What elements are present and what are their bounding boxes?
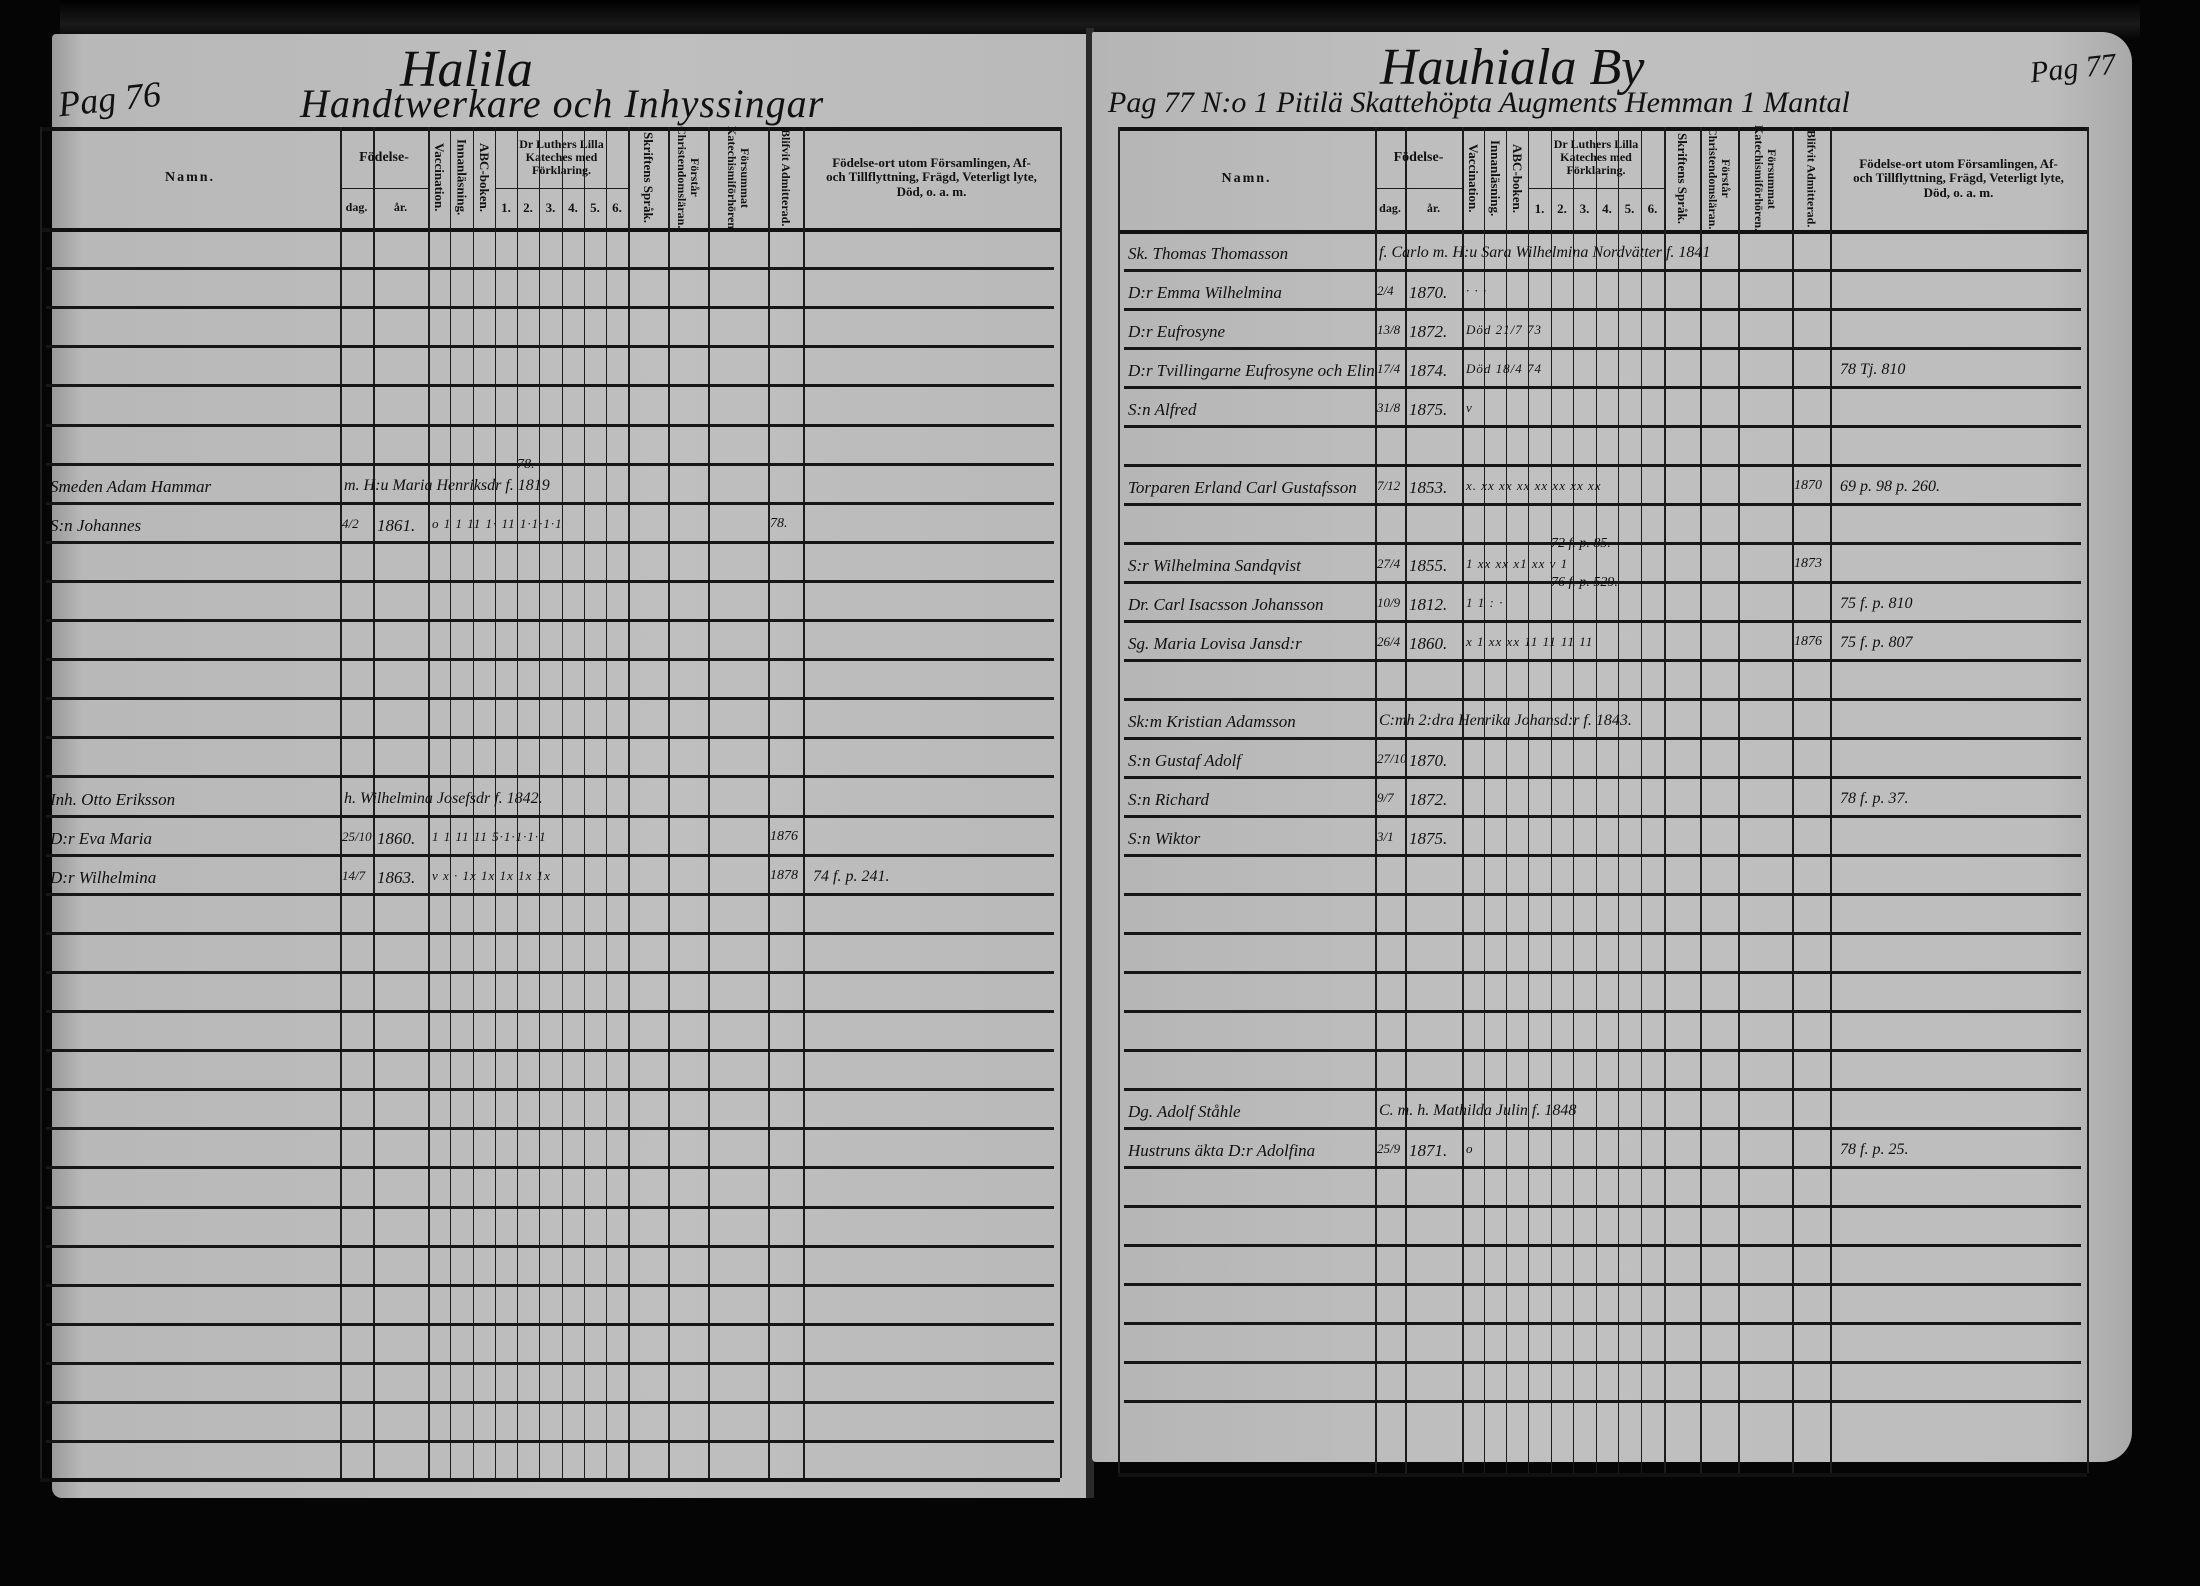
left_page-column-rule xyxy=(768,127,770,1478)
right_page-row-rule xyxy=(1124,815,2081,818)
left_page-row-rule xyxy=(46,1049,1054,1052)
right_page-row-rule xyxy=(1124,386,2081,389)
entry-birth-day: 25/9 xyxy=(1377,1142,1400,1155)
entry-catechism-marks: x. xx xx xx xx xx xx xx xyxy=(1466,479,1602,492)
entry-birth-year: 1863. xyxy=(377,869,415,886)
entry-name: S:n Gustaf Adolf xyxy=(1128,752,1241,769)
right_page-row-rule xyxy=(1124,776,2081,779)
left_page-header-name: Namn. xyxy=(40,127,340,228)
entry-catechism-marks: 1 xx xx x1 xx v 1 xyxy=(1466,557,1568,570)
entry-birth-year: 1872. xyxy=(1409,323,1447,340)
left_page-row-rule xyxy=(46,1284,1054,1287)
right_page-column-rule xyxy=(1641,127,1642,1473)
entry-name: S:r Wilhelmina Sandqvist xyxy=(1128,557,1301,574)
left_page-column-rule xyxy=(708,127,710,1478)
entry-admitted-year: 1878 xyxy=(770,869,798,883)
right_page-row-rule xyxy=(1124,1166,2081,1169)
left_page-row-rule xyxy=(46,697,1054,700)
entry-birth-day: 13/8 xyxy=(1377,323,1400,336)
left_page-header-catechism-col: 1. xyxy=(495,188,517,228)
right_page-header-catechism-col: 4. xyxy=(1596,188,1618,230)
right_page-header-catechism-col: 6. xyxy=(1641,188,1664,230)
entry-name: S:n Alfred xyxy=(1128,401,1196,418)
left_page-header-catechism-col: 4. xyxy=(562,188,584,228)
right_page-row-rule xyxy=(1124,1088,2081,1091)
entry-birth-year: 1872. xyxy=(1409,791,1447,808)
right_page-header-birth-day: dag. xyxy=(1375,188,1405,230)
left_page-row-rule xyxy=(46,580,1054,583)
entry-extra-note: 78. xyxy=(517,458,535,472)
right_page-row-rule xyxy=(1124,425,2081,428)
entry-household-note: f. Carlo m. H:u Sara Wilhelmina Nordvätt… xyxy=(1379,245,1710,261)
left_page-row-rule xyxy=(46,854,1054,857)
right_page-row-rule xyxy=(1124,308,2081,311)
right_page-table-bottom-rule xyxy=(1118,1473,2087,1477)
entry-birth-year: 1870. xyxy=(1409,752,1447,769)
entry-catechism-marks: Död 18/4 74 xyxy=(1466,362,1542,375)
right_page-column-rule xyxy=(1118,127,1120,1473)
entry-name: Dg. Adolf Ståhle xyxy=(1128,1103,1241,1120)
right_page-column-rule xyxy=(1551,127,1552,1473)
right_page-row-rule xyxy=(1124,1127,2081,1130)
entry-name: Sk. Thomas Thomasson xyxy=(1128,245,1288,262)
entry-catechism-marks: · · · xyxy=(1466,284,1487,297)
right_page-column-rule xyxy=(1618,127,1619,1473)
left_page-row-rule xyxy=(46,384,1054,387)
left_page-row-rule xyxy=(46,267,1054,270)
right_page-column-rule xyxy=(1700,127,1702,1473)
entry-name: Sk:m Kristian Adamsson xyxy=(1128,713,1296,730)
left_page-row-rule xyxy=(46,502,1054,505)
left_page-column-rule xyxy=(1060,127,1062,1478)
entry-remarks: 69 p. 98 p. 260. xyxy=(1840,479,1940,495)
left_page-header-catechism-col: 2. xyxy=(517,188,539,228)
left_page-row-rule xyxy=(46,306,1054,309)
entry-birth-year: 1871. xyxy=(1409,1142,1447,1159)
left_page-row-rule xyxy=(46,1323,1054,1326)
right_page-header-abc: ABC-boken. xyxy=(1506,127,1528,230)
left_page-row-rule xyxy=(46,815,1054,818)
entry-household-note: m. H:u Maria Henriksdr f. 1819 xyxy=(344,478,550,494)
right_page-column-rule xyxy=(1573,127,1574,1473)
entry-extra-note: 72 f. p. 85. xyxy=(1551,537,1611,551)
left_page-header-birth-year: år. xyxy=(373,188,428,228)
left_page-header-catechism-col: 6. xyxy=(606,188,628,228)
entry-remarks: 75 f. p. 807 xyxy=(1840,635,1912,651)
entry-birth-year: 1870. xyxy=(1409,284,1447,301)
right_page-row-rule xyxy=(1124,1283,2081,1286)
right_page-header-catechism-col: 3. xyxy=(1573,188,1596,230)
entry-catechism-marks: 1 1 11 11 5·1·1·1·1 xyxy=(432,830,547,843)
left_page-header-birth-day: dag. xyxy=(340,188,373,228)
entry-name: D:r Tvillingarne Eufrosyne och Elin xyxy=(1128,362,1375,379)
left_page-header-notes: Födelse-ort utom Församlingen, Af- och T… xyxy=(803,127,1060,228)
right_page-header-admitted: Blifvit Admitterad. xyxy=(1792,127,1830,230)
entry-name: D:r Wilhelmina xyxy=(50,869,156,886)
entry-admitted-year: 1876 xyxy=(770,830,798,844)
left_page-header-scripture: Skriftens Språk. xyxy=(628,127,668,228)
left-subtitle: Handtwerkare och Inhyssingar xyxy=(300,80,824,127)
right_page-column-rule xyxy=(1792,127,1794,1473)
left_page-row-rule xyxy=(46,971,1054,974)
left_page-row-rule xyxy=(46,932,1054,935)
entry-catechism-marks: v xyxy=(1466,401,1473,414)
left_page-row-rule xyxy=(46,1362,1054,1365)
entry-name: D:r Eva Maria xyxy=(50,830,152,847)
entry-birth-day: 14/7 xyxy=(342,869,365,882)
right_page-row-rule xyxy=(1124,1322,2081,1325)
right_page-header-catechism: Dr Luthers Lilla Kateches med Förklaring… xyxy=(1528,127,1664,188)
entry-remarks: 75 f. p. 810 xyxy=(1840,596,1912,612)
entry-name: S:n Wiktor xyxy=(1128,830,1200,847)
left_page-row-rule xyxy=(46,893,1054,896)
entry-remarks: 78 f. p. 25. xyxy=(1840,1142,1908,1158)
entry-birth-year: 1860. xyxy=(377,830,415,847)
left_page-row-rule xyxy=(46,658,1054,661)
entry-birth-day: 2/4 xyxy=(1377,284,1394,297)
entry-admitted-year: 1870 xyxy=(1794,479,1822,493)
left_page-row-rule xyxy=(46,1088,1054,1091)
right_page-header-notes: Födelse-ort utom Församlingen, Af- och T… xyxy=(1830,127,2087,230)
entry-name: D:r Emma Wilhelmina xyxy=(1128,284,1282,301)
left_page-row-rule xyxy=(46,1010,1054,1013)
right_page-row-rule xyxy=(1124,620,2081,623)
ledger-page-left xyxy=(52,34,1088,1498)
entry-name: Torparen Erland Carl Gustafsson xyxy=(1128,479,1357,496)
entry-admitted-year: 1873 xyxy=(1794,557,1822,571)
entry-birth-year: 1875. xyxy=(1409,830,1447,847)
right_page-header-catechism-col: 2. xyxy=(1551,188,1573,230)
right_page-row-rule xyxy=(1124,1010,2081,1013)
entry-name: Inh. Otto Eriksson xyxy=(50,791,175,808)
right_page-row-rule xyxy=(1124,503,2081,506)
entry-admitted-year: 78. xyxy=(770,517,788,531)
entry-extra-note: 76 f. p. 529. xyxy=(1551,576,1618,590)
right_page-row-rule xyxy=(1124,347,2081,350)
entry-birth-year: 1875. xyxy=(1409,401,1447,418)
entry-birth-day: 4/2 xyxy=(342,517,359,530)
entry-birth-day: 10/9 xyxy=(1377,596,1400,609)
right_page-row-rule xyxy=(1124,1400,2081,1403)
entry-birth-day: 26/4 xyxy=(1377,635,1400,648)
left_page-row-rule xyxy=(46,1206,1054,1209)
right_page-column-rule xyxy=(1405,127,1407,1473)
left_page-row-rule xyxy=(46,424,1054,427)
entry-catechism-marks: Död 21/7 73 xyxy=(1466,323,1542,336)
entry-birth-day: 27/10 xyxy=(1377,752,1407,765)
entry-birth-day: 31/8 xyxy=(1377,401,1400,414)
left_page-column-rule xyxy=(803,127,805,1478)
right_page-column-rule xyxy=(1738,127,1740,1473)
right_page-row-rule xyxy=(1124,1244,2081,1247)
entry-birth-year: 1860. xyxy=(1409,635,1447,652)
right_page-column-rule xyxy=(1664,127,1666,1473)
right_page-row-rule xyxy=(1124,659,2081,662)
right_page-row-rule xyxy=(1124,893,2081,896)
right_page-column-rule xyxy=(1830,127,1832,1473)
entry-birth-year: 1855. xyxy=(1409,557,1447,574)
left_page-row-rule xyxy=(46,1245,1054,1248)
entry-household-note: C. m. h. Mathilda Julin f. 1848 xyxy=(1379,1103,1576,1119)
left_page-header-abc: ABC-boken. xyxy=(473,127,495,228)
left_page-row-rule xyxy=(46,463,1054,466)
left_page-header-bottom-rule xyxy=(40,228,1060,232)
left_page-row-rule xyxy=(46,775,1054,778)
left_page-column-rule xyxy=(584,127,585,1478)
right_page-header-name: Namn. xyxy=(1118,127,1375,230)
entry-name: S:n Johannes xyxy=(50,517,141,534)
entry-name: S:n Richard xyxy=(1128,791,1209,808)
left_page-row-rule xyxy=(46,345,1054,348)
right_page-header-catechism-col: 1. xyxy=(1528,188,1551,230)
left_page-column-rule xyxy=(668,127,670,1478)
left_page-header-reading: Innanläsning. xyxy=(450,127,473,228)
right-subtitle: Pag 77 N:o 1 Pitilä Skattehöpta Augments… xyxy=(1108,86,1850,120)
left_page-header-birth: Födelse- xyxy=(340,127,428,188)
right_page-header-missed: Försummat Katechismiförhören. xyxy=(1738,127,1792,230)
entry-birth-year: 1861. xyxy=(377,517,415,534)
left_page-row-rule xyxy=(46,736,1054,739)
entry-name: Smeden Adam Hammar xyxy=(50,478,211,495)
right_page-row-rule xyxy=(1124,1049,2081,1052)
left_page-row-rule xyxy=(46,1401,1054,1404)
right_page-row-rule xyxy=(1124,971,2081,974)
left_page-header-catechism-col: 5. xyxy=(584,188,606,228)
entry-catechism-marks: 1 1 : · xyxy=(1466,596,1503,609)
left_page-column-rule xyxy=(628,127,630,1478)
left_page-row-rule xyxy=(46,1127,1054,1130)
right_page-row-rule xyxy=(1124,1361,2081,1364)
right_page-row-rule xyxy=(1124,737,2081,740)
entry-name: Dr. Carl Isacsson Johansson xyxy=(1128,596,1324,613)
entry-household-note: h. Wilhelmina Josefsdr f. 1842. xyxy=(344,791,543,807)
right_page-row-rule xyxy=(1124,854,2081,857)
right_page-column-rule xyxy=(2087,127,2089,1473)
entry-birth-day: 25/10 xyxy=(342,830,372,843)
left_page-table-bottom-rule xyxy=(40,1478,1060,1482)
right_page-header-catechism-col: 5. xyxy=(1618,188,1641,230)
left_page-header-catechism-col: 3. xyxy=(539,188,562,228)
entry-remarks: 78 Tj. 810 xyxy=(1840,362,1905,378)
entry-birth-year: 1812. xyxy=(1409,596,1447,613)
right_page-header-scripture: Skriftens Språk. xyxy=(1664,127,1700,230)
entry-remarks: 78 f. p. 37. xyxy=(1840,791,1908,807)
entry-catechism-marks: o 1 1 11 1· 11 1·1·1·1 xyxy=(432,517,563,530)
right_page-column-rule xyxy=(1462,127,1464,1473)
left_page-row-rule xyxy=(46,619,1054,622)
left_page-row-rule xyxy=(46,1440,1054,1443)
right_page-row-rule xyxy=(1124,464,2081,467)
entry-admitted-year: 1876 xyxy=(1794,635,1822,649)
right_page-row-rule xyxy=(1124,269,2081,272)
right_page-header-vaccination: Vaccination. xyxy=(1462,127,1484,230)
right_page-row-rule xyxy=(1124,1205,2081,1208)
right_page-header-birth: Födelse- xyxy=(1375,127,1462,188)
entry-remarks: 74 f. p. 241. xyxy=(813,869,889,885)
left_page-column-rule xyxy=(340,127,342,1478)
entry-birth-day: 3/1 xyxy=(1377,830,1394,843)
left_page-row-rule xyxy=(46,541,1054,544)
entry-birth-day: 27/4 xyxy=(1377,557,1400,570)
left_page-column-rule xyxy=(40,127,42,1478)
left_page-header-vaccination: Vaccination. xyxy=(428,127,450,228)
right_page-column-rule xyxy=(1596,127,1597,1473)
right_page-header-christian: Förstår Christendomsläran. xyxy=(1700,127,1738,230)
entry-catechism-marks: o xyxy=(1466,1142,1474,1155)
left_page-header-admitted: Blifvit Admitterad. xyxy=(768,127,803,228)
entry-name: D:r Eufrosyne xyxy=(1128,323,1225,340)
left_page-column-rule xyxy=(562,127,563,1478)
entry-name: Sg. Maria Lovisa Jansd:r xyxy=(1128,635,1302,652)
left_page-column-rule xyxy=(606,127,607,1478)
left_page-header-christian: Förstår Christendomsläran. xyxy=(668,127,708,228)
left_page-row-rule xyxy=(46,1166,1054,1169)
right_page-header-birth-year: år. xyxy=(1405,188,1462,230)
right_page-header-bottom-rule xyxy=(1118,230,2087,234)
right_page-header-reading: Innanläsning. xyxy=(1484,127,1506,230)
entry-birth-year: 1853. xyxy=(1409,479,1447,496)
right_page-row-rule xyxy=(1124,932,2081,935)
entry-household-note: C:mh 2:dra Henrika Johansd:r f. 1843. xyxy=(1379,713,1632,729)
entry-birth-day: 9/7 xyxy=(1377,791,1394,804)
left_page-header-catechism: Dr Luthers Lilla Kateches med Förklaring… xyxy=(495,127,628,188)
entry-birth-day: 17/4 xyxy=(1377,362,1400,375)
entry-birth-day: 7/12 xyxy=(1377,479,1400,492)
entry-catechism-marks: v x · 1x 1x 1x 1x 1x xyxy=(432,869,551,882)
entry-name: Hustruns äkta D:r Adolfina xyxy=(1128,1142,1315,1159)
left_page-header-missed: Försummat Katechismiförhören xyxy=(708,127,768,228)
entry-birth-year: 1874. xyxy=(1409,362,1447,379)
entry-catechism-marks: x 1 xx xx 11 11 11 11 xyxy=(1466,635,1593,648)
right_page-row-rule xyxy=(1124,698,2081,701)
